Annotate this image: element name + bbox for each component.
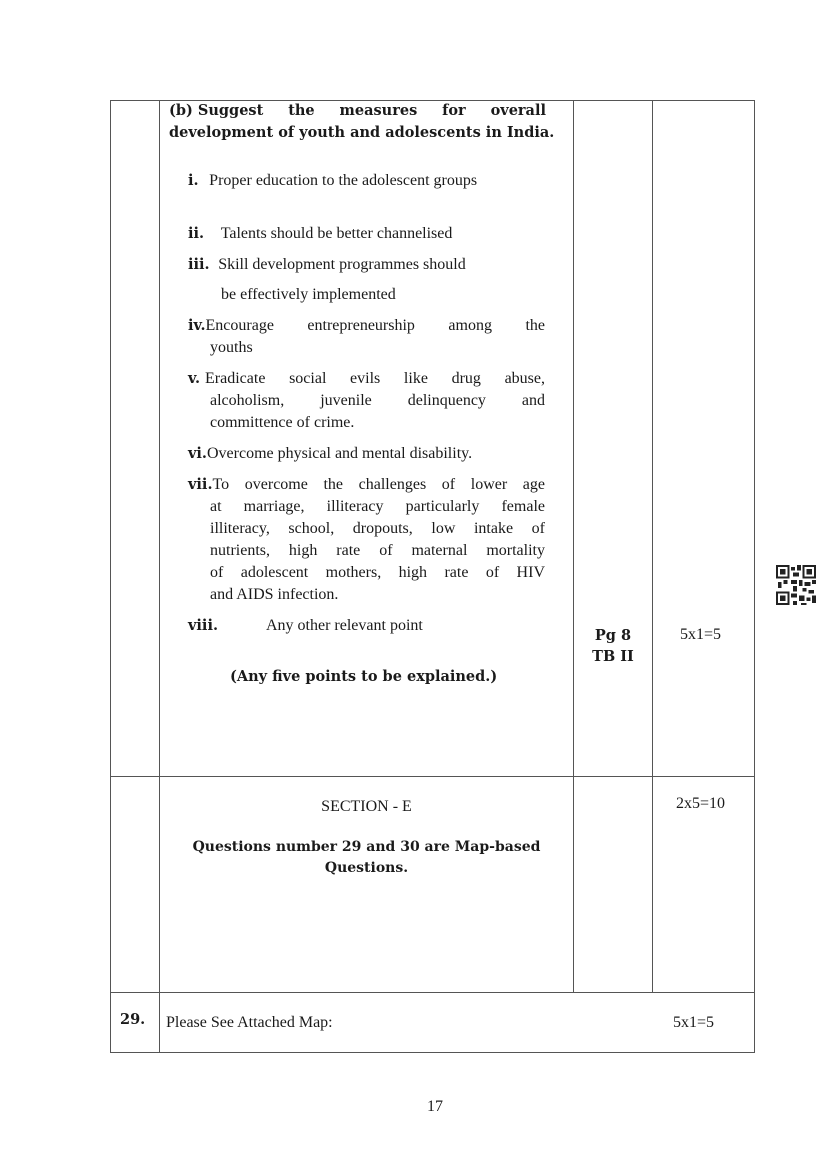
marks-value: 5x1=5	[680, 624, 721, 646]
point-text: To overcome the challenges of lower age	[213, 474, 546, 496]
point-item: v. Eradicate social evils like drug abus…	[188, 368, 545, 390]
prompt-word: measures	[340, 100, 418, 122]
section-marks: 2x5=10	[676, 793, 725, 815]
point-text-continued: alcoholism, juvenile delinquency and	[210, 390, 545, 412]
page-number: 17	[427, 1096, 443, 1118]
qr-code-icon	[776, 565, 816, 605]
section-description-line: Questions.	[160, 858, 573, 879]
question-marks: 5x1=5	[673, 1012, 714, 1034]
point-item: viii.	[188, 615, 218, 637]
prompt-word: the	[288, 100, 314, 122]
point-text: Any other relevant point	[266, 615, 423, 637]
prompt-line-2: development of youth and adolescents in …	[169, 122, 546, 144]
point-text-continued: at marriage, illiteracy particularly fem…	[210, 496, 545, 518]
table-border-bottom	[110, 1052, 755, 1053]
point-text: Eradicate social evils like drug abuse,	[205, 368, 545, 390]
point-number: vi.	[188, 445, 207, 462]
point-item: iv. Encourage entrepreneurship among the	[188, 315, 545, 337]
table-row-divider	[110, 992, 755, 993]
point-text-continued: illiteracy, school, dropouts, low intake…	[210, 518, 545, 540]
point-item: vii. To overcome the challenges of lower…	[188, 474, 545, 496]
table-border-right	[754, 100, 755, 1053]
document-page: (b) Suggest the measures for overall dev…	[0, 0, 827, 1169]
point-item: iii. Skill development programmes should	[188, 254, 466, 276]
table-column-divider	[652, 100, 653, 993]
point-item: vi.Overcome physical and mental disabili…	[188, 443, 472, 465]
point-text: Proper education to the adolescent group…	[209, 172, 477, 189]
question-text: Please See Attached Map:	[166, 1012, 333, 1034]
point-item: ii. Talents should be better channelised	[188, 223, 452, 245]
point-text-continued: be effectively implemented	[221, 284, 396, 306]
point-number: v.	[188, 368, 200, 390]
prompt-word: for	[442, 100, 466, 122]
point-text-continued: youths	[210, 337, 253, 359]
table-column-divider	[573, 100, 574, 993]
point-text: Talents should be better channelised	[221, 225, 453, 242]
section-description-line: Questions number 29 and 30 are Map-based	[160, 837, 573, 858]
answer-note: (Any five points to be explained.)	[230, 666, 497, 688]
prompt-word: (b) Suggest	[169, 100, 263, 122]
table-row-divider	[110, 776, 755, 777]
point-number: viii.	[188, 617, 218, 634]
reference-book: TB II	[574, 646, 652, 667]
table-column-divider	[159, 100, 160, 1053]
point-text: Overcome physical and mental disability.	[207, 445, 472, 462]
question-number: 29.	[120, 1009, 145, 1031]
point-text: Encourage entrepreneurship among the	[206, 315, 545, 337]
prompt-word: overall	[491, 100, 546, 122]
point-number: ii.	[188, 225, 204, 242]
point-number: i.	[188, 172, 199, 189]
point-number: vii.	[188, 474, 213, 496]
point-number: iii.	[188, 256, 210, 273]
point-text: Skill development programmes should	[218, 256, 466, 273]
point-item: i. Proper education to the adolescent gr…	[188, 170, 477, 192]
point-text-continued: of adolescent mothers, high rate of HIV	[210, 562, 545, 584]
section-title: SECTION - E	[160, 796, 573, 818]
reference-cell: Pg 8 TB II	[574, 625, 652, 667]
point-text-continued: and AIDS infection.	[210, 584, 338, 606]
section-description: Questions number 29 and 30 are Map-based…	[160, 837, 573, 879]
table-border-left	[110, 100, 111, 1053]
point-text-continued: nutrients, high rate of maternal mortali…	[210, 540, 545, 562]
reference-page: Pg 8	[574, 625, 652, 646]
question-prompt: (b) Suggest the measures for overall dev…	[169, 100, 546, 144]
point-text-continued: committence of crime.	[210, 412, 354, 434]
point-number: iv.	[188, 315, 206, 337]
